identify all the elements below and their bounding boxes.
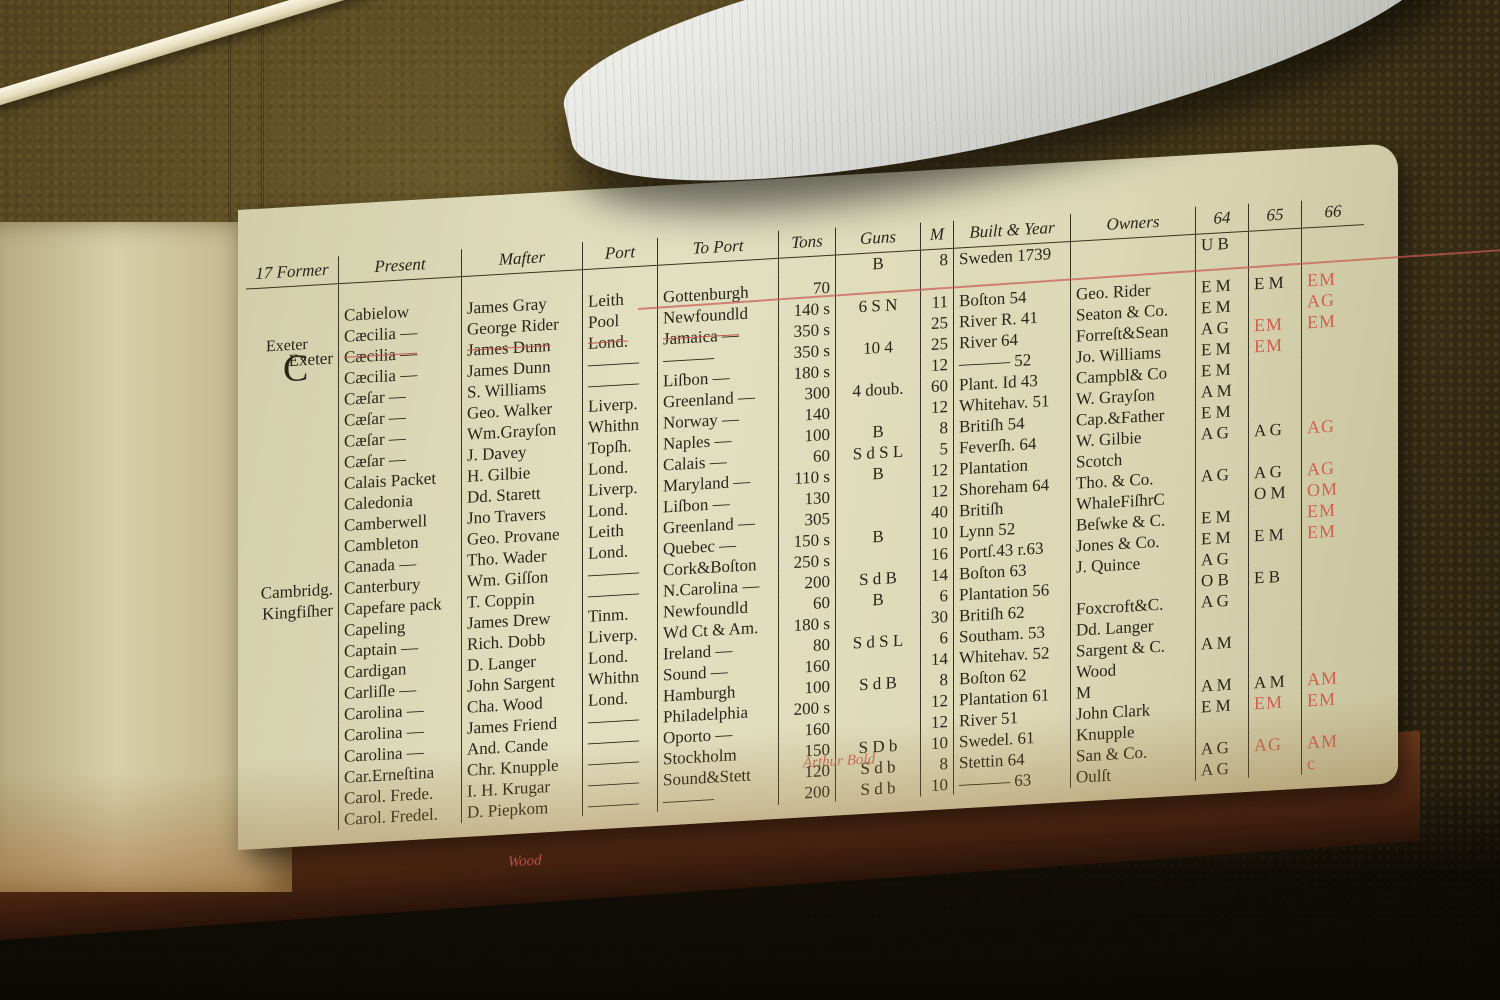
cell-men: 10	[921, 522, 954, 545]
cell-men: 12	[921, 480, 954, 503]
col-1765: 65	[1249, 201, 1302, 232]
handwritten-note-arthur-bold: Arthur Bold	[803, 751, 875, 772]
cell-men: 14	[921, 564, 954, 587]
cell-master: D. Piepkom	[462, 795, 583, 823]
cell-men: 25	[921, 333, 954, 356]
cell-tons: 150	[779, 739, 836, 763]
cell-built-year: ——— 63	[954, 767, 1071, 795]
cell-port: ———	[583, 770, 658, 795]
col-port: Port	[583, 238, 658, 270]
cell-port: ———	[583, 728, 658, 753]
col-1766: 66	[1302, 197, 1365, 228]
cell-men: 8	[921, 753, 954, 776]
cell-men: 16	[921, 543, 954, 566]
cell-tons: 200	[779, 781, 836, 805]
cell-1765	[1249, 754, 1302, 778]
register-page: Exeter C 17 Former Present Mafter Port T…	[238, 143, 1398, 850]
col-tons: Tons	[779, 228, 836, 259]
cell-1765	[1249, 228, 1302, 253]
cell-former	[246, 809, 339, 835]
cell-owners: Oulſt	[1071, 760, 1196, 788]
cell-master: I. H. Krugar	[462, 774, 583, 802]
cell-men: 10	[921, 732, 954, 755]
cell-tons: 120	[779, 760, 836, 784]
cell-men: 10	[921, 774, 954, 797]
cell-men: 12	[921, 354, 954, 377]
col-1764: 64	[1196, 204, 1249, 235]
cell-men: 8	[921, 669, 954, 692]
cell-built-year: Swedel. 61	[954, 725, 1071, 753]
cell-men: 40	[921, 501, 954, 524]
cell-1764: A G	[1196, 757, 1249, 781]
handwritten-note-wood: Wood	[508, 852, 542, 871]
cell-owners: San & Co.	[1071, 739, 1196, 767]
cell-men: 60	[921, 375, 954, 398]
cell-present: Carol. Fredel.	[339, 802, 462, 830]
cell-1766: EM	[1302, 687, 1365, 712]
col-men: M	[921, 221, 954, 250]
cell-men: 8	[921, 248, 954, 271]
cell-men: 25	[921, 312, 954, 335]
cell-men: 30	[921, 606, 954, 629]
cell-owners: Knupple	[1071, 718, 1196, 746]
leather-tooling	[228, 0, 264, 240]
cell-1766	[1302, 708, 1365, 733]
register-body: B8Sweden 1739U BCabielowJames GrayLeithG…	[246, 225, 1364, 836]
ship-register-table: 17 Former Present Mafter Port To Port To…	[246, 197, 1364, 835]
cell-1764: E M	[1196, 694, 1249, 718]
cell-men: 12	[921, 396, 954, 419]
cell-1764	[1196, 715, 1249, 739]
cell-guns: S D b	[836, 734, 921, 760]
cell-port: ———	[583, 791, 658, 816]
cell-to-port: Stockholm	[658, 742, 779, 770]
cell-men: 11	[921, 291, 954, 314]
cell-1764: A G	[1196, 736, 1249, 760]
cell-men: 12	[921, 711, 954, 734]
cell-men: 14	[921, 648, 954, 671]
cell-1765	[1249, 712, 1302, 736]
cell-to-port: Sound&Stett	[658, 763, 779, 791]
cell-1764: U B	[1196, 231, 1249, 256]
cell-present: Car.Erneſtina	[339, 760, 462, 788]
cell-former	[246, 746, 339, 772]
cell-master: Chr. Knupple	[462, 753, 583, 781]
cell-guns: S d b	[836, 755, 921, 781]
cell-guns: S d b	[836, 776, 921, 802]
cell-1766: c	[1302, 750, 1365, 775]
cell-former	[246, 788, 339, 814]
cell-guns	[836, 713, 921, 739]
cell-men: 8	[921, 417, 954, 440]
cell-men: 12	[921, 690, 954, 713]
cell-1765: EM	[1249, 691, 1302, 715]
cell-built-year: Stettin 64	[954, 746, 1071, 774]
cell-tons: 160	[779, 718, 836, 742]
cell-port: ———	[583, 749, 658, 774]
cell-1765: AG	[1249, 733, 1302, 757]
cell-men: 6	[921, 627, 954, 650]
cell-former	[246, 767, 339, 793]
cell-men: 6	[921, 585, 954, 608]
cell-1766: AM	[1302, 729, 1365, 754]
cell-men: 5	[921, 438, 954, 461]
cell-men: 12	[921, 459, 954, 482]
cell-present: Carol. Frede.	[339, 781, 462, 809]
cell-to-port: ———	[658, 784, 779, 812]
